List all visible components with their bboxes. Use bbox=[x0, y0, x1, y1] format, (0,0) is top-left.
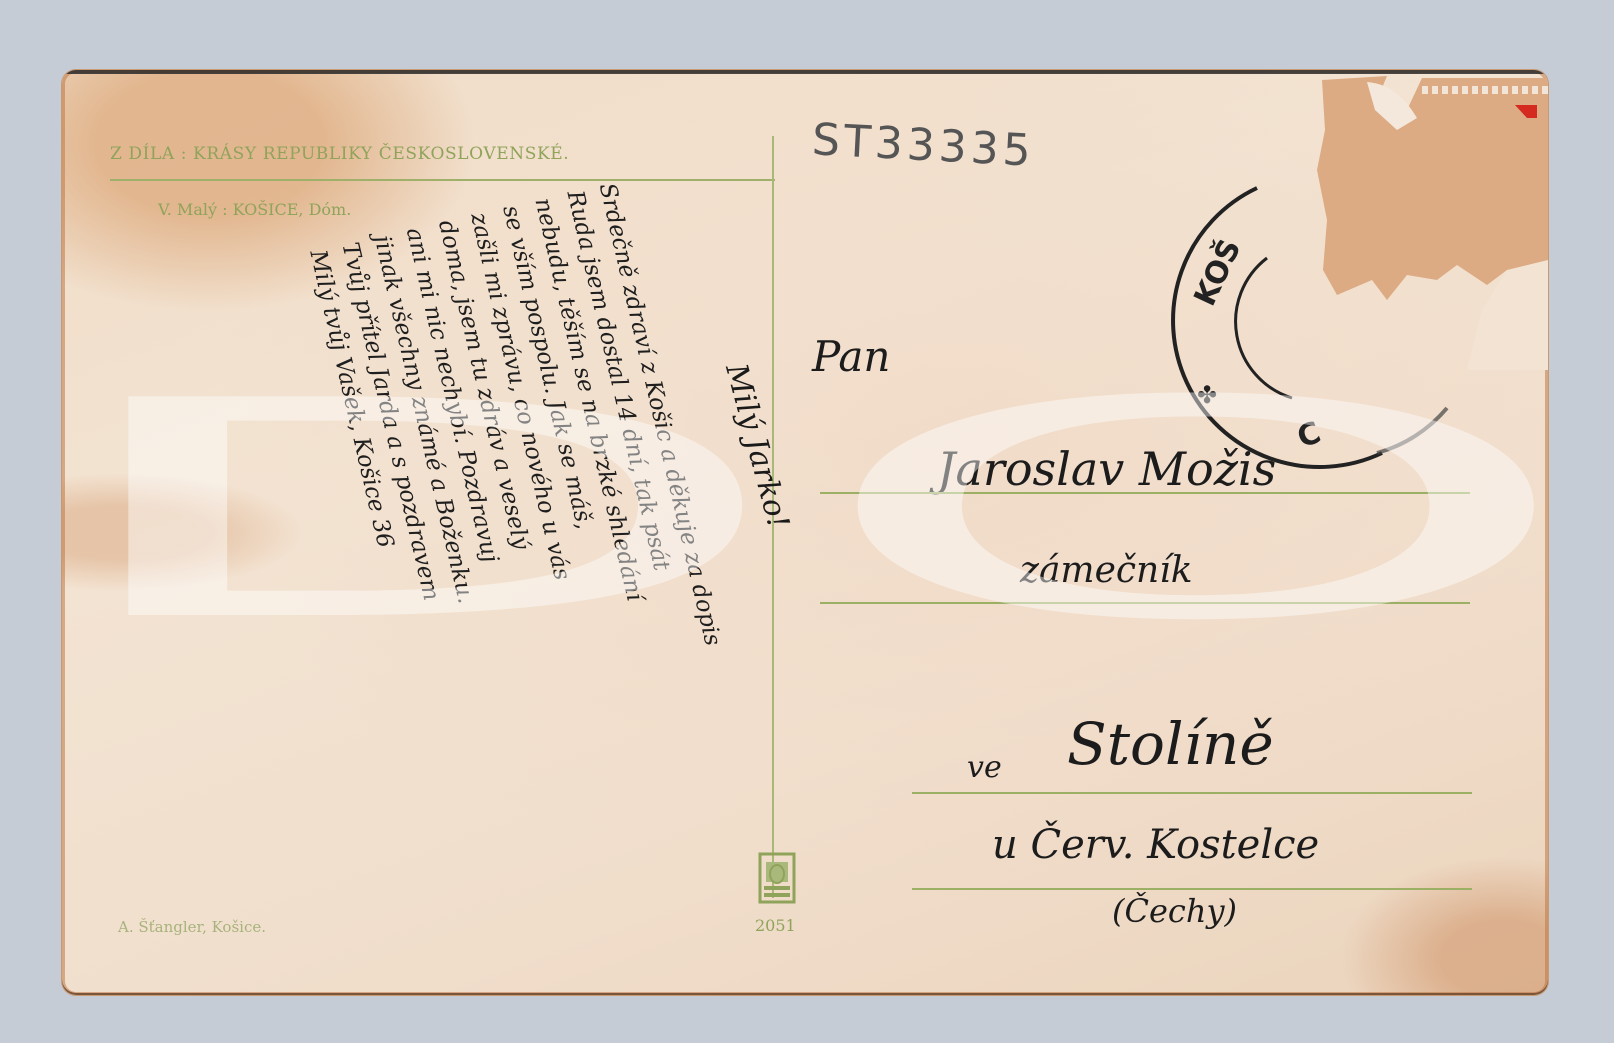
series-number: 2051 bbox=[755, 916, 796, 935]
publisher-logo-icon bbox=[754, 852, 800, 904]
address-town-prefix: ve bbox=[967, 750, 1002, 785]
svg-text:C: C bbox=[1293, 415, 1326, 455]
address-line-3 bbox=[912, 792, 1472, 794]
address-occupation: zámečník bbox=[1020, 550, 1193, 591]
header-rule bbox=[110, 179, 775, 181]
address-salutation: Pan bbox=[812, 332, 890, 381]
address-line-1 bbox=[820, 492, 1470, 494]
address-town: Stolíně bbox=[1067, 710, 1274, 778]
address-near: u Červ. Kostelce bbox=[992, 822, 1319, 868]
catalog-number: ST33335 bbox=[811, 114, 1036, 177]
address-region: (Čechy) bbox=[1112, 892, 1237, 930]
publisher-credit: A. Šťangler, Košice. bbox=[118, 918, 266, 936]
handwritten-message: Srdečně zdraví z Košic a děkuje za dopis… bbox=[300, 180, 793, 995]
series-title: Z DÍLA : KRÁSY REPUBLIKY ČESKOSLOVENSKÉ. bbox=[110, 144, 569, 164]
postcard: Z DÍLA : KRÁSY REPUBLIKY ČESKOSLOVENSKÉ.… bbox=[62, 70, 1548, 995]
svg-text:✤: ✤ bbox=[1197, 381, 1217, 409]
message-greeting: Milý Jarko! bbox=[718, 360, 796, 532]
address-name: Jaroslav Možis bbox=[937, 442, 1276, 496]
image-caption: V. Malý : KOŠICE, Dóm. bbox=[158, 200, 351, 219]
address-line-2 bbox=[820, 602, 1470, 604]
address-line-4 bbox=[912, 888, 1472, 890]
postmark-icon: KOŠ ✤ C bbox=[1152, 178, 1452, 478]
